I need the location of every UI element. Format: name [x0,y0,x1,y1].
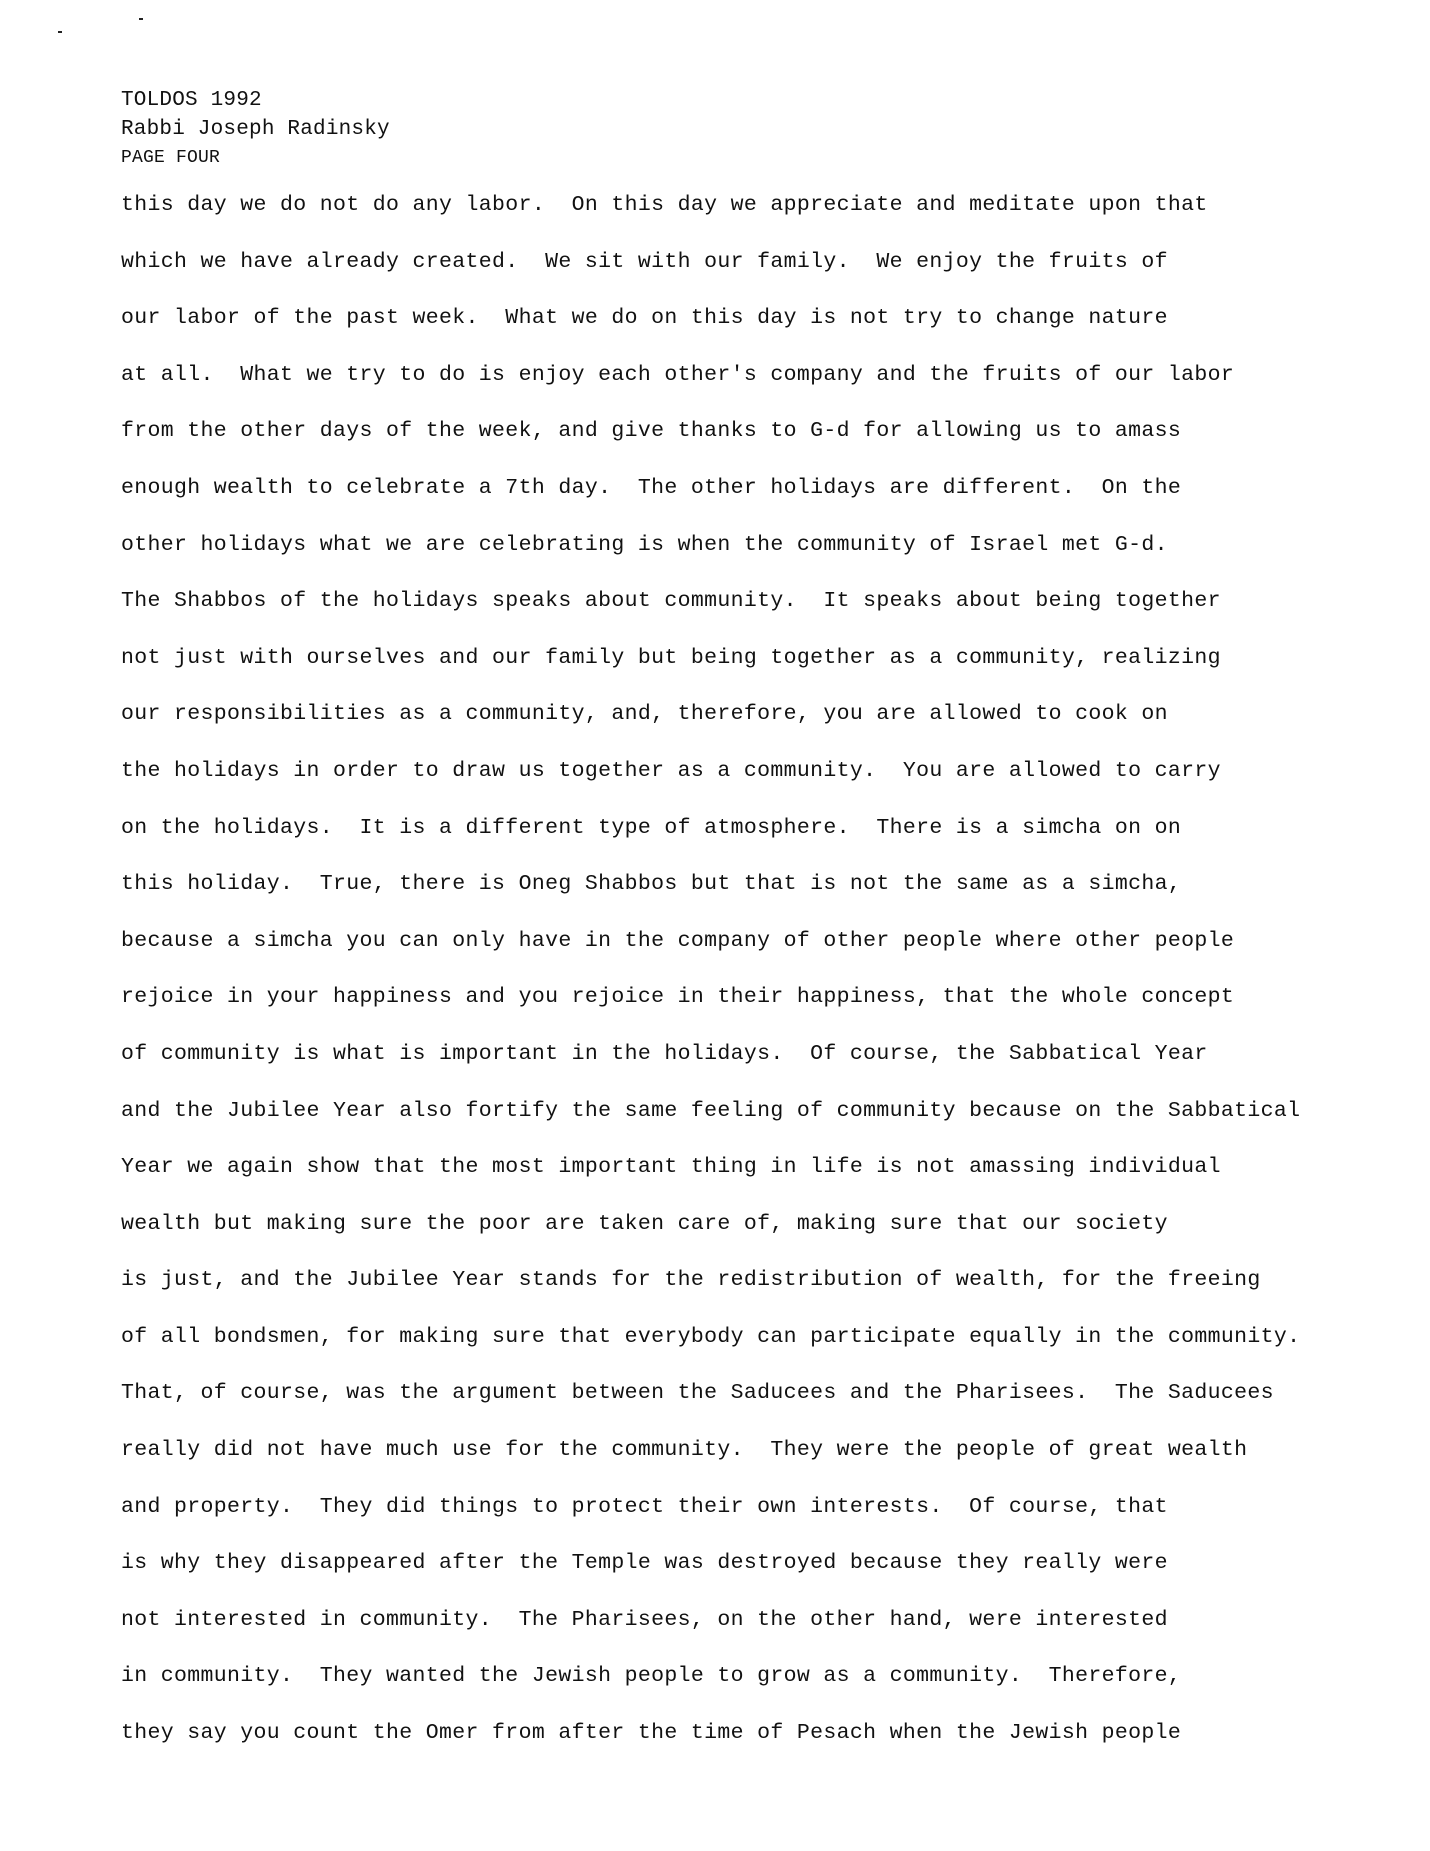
text-line: is why they disappeared after the Temple… [121,1548,1371,1605]
text-line: the holidays in order to draw us togethe… [121,756,1371,813]
text-line: this holiday. True, there is Oneg Shabbo… [121,869,1371,926]
text-line: other holidays what we are celebrating i… [121,530,1371,587]
text-line: and the Jubilee Year also fortify the sa… [121,1096,1371,1153]
text-line: of community is what is important in the… [121,1039,1371,1096]
text-line: on the holidays. It is a different type … [121,813,1371,870]
text-line: The Shabbos of the holidays speaks about… [121,586,1371,643]
body-text: this day we do not do any labor. On this… [121,190,1371,1775]
text-line: of all bondsmen, for making sure that ev… [121,1322,1371,1379]
text-line: because a simcha you can only have in th… [121,926,1371,983]
text-line: from the other days of the week, and giv… [121,416,1371,473]
text-line: rejoice in your happiness and you rejoic… [121,982,1371,1039]
text-line: not interested in community. The Pharise… [121,1605,1371,1662]
document-header: TOLDOS 1992 Rabbi Joseph Radinsky PAGE F… [121,86,390,173]
text-line: our responsibilities as a community, and… [121,699,1371,756]
text-line: enough wealth to celebrate a 7th day. Th… [121,473,1371,530]
page-label: PAGE FOUR [121,144,390,173]
text-line: That, of course, was the argument betwee… [121,1378,1371,1435]
text-line: at all. What we try to do is enjoy each … [121,360,1371,417]
text-line: which we have already created. We sit wi… [121,247,1371,304]
scan-speck [58,31,62,33]
scan-speck [139,18,143,20]
text-line: not just with ourselves and our family b… [121,643,1371,700]
document-title: TOLDOS 1992 [121,86,390,115]
text-line: they say you count the Omer from after t… [121,1718,1371,1775]
text-line: is just, and the Jubilee Year stands for… [121,1265,1371,1322]
text-line: our labor of the past week. What we do o… [121,303,1371,360]
document-author: Rabbi Joseph Radinsky [121,115,390,144]
text-line: this day we do not do any labor. On this… [121,190,1371,247]
text-line: in community. They wanted the Jewish peo… [121,1661,1371,1718]
text-line: Year we again show that the most importa… [121,1152,1371,1209]
document-page: TOLDOS 1992 Rabbi Joseph Radinsky PAGE F… [0,0,1430,1851]
text-line: and property. They did things to protect… [121,1492,1371,1549]
text-line: really did not have much use for the com… [121,1435,1371,1492]
text-line: wealth but making sure the poor are take… [121,1209,1371,1266]
